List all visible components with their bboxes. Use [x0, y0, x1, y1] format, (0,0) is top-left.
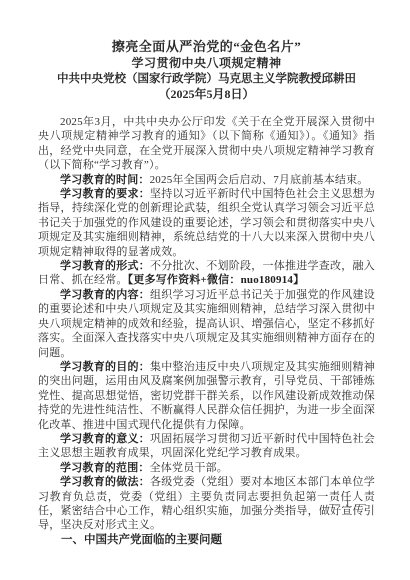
paragraph-lead: 学习教育的范围：	[60, 462, 150, 474]
paragraph-methods: 学习教育的做法：各级党委（党组）要对本地区本部门本单位学习教育负总责，党委（党组…	[38, 475, 375, 533]
document-title: 擦亮全面从严治党的“金色名片”	[38, 38, 375, 55]
paragraph-lead: 学习教育的内容：	[60, 289, 150, 301]
paragraph-time: 学习教育的时间：2025年全国两会后启动、7月底前基本结束。	[38, 173, 375, 187]
paragraph-content: 学习教育的内容：组织学习习近平总书记关于加强党的作风建设的重要论述和中央八项规定…	[38, 288, 375, 360]
paragraph-lead: 学习教育的形式：	[60, 260, 150, 272]
paragraph-lead: 学习教育的时间：	[60, 174, 150, 186]
paragraph-lead: 学习教育的要求：	[60, 188, 150, 200]
document-body: 2025年3月，中共中央办公厅印发《关于在全党开展深入贯彻中央八项规定精神学习教…	[38, 115, 375, 547]
paragraph-lead: 学习教育的做法：	[60, 476, 150, 488]
paragraph-lead: 学习教育的意义：	[60, 433, 150, 445]
paragraph-text: 2025年全国两会后启动、7月底前基本结束。	[150, 174, 369, 186]
paragraph-lead: 学习教育的目的：	[60, 361, 150, 373]
paragraph-requirements: 学习教育的要求：坚持以习近平新时代中国特色社会主义思想为指导，持续深化党的创新理…	[38, 187, 375, 259]
document-date: （2025年5月8日）	[38, 87, 375, 102]
paragraph-purpose: 学习教育的目的：集中整治违反中央八项规定及其实施细则精神的突出问题，运用由风及腐…	[38, 360, 375, 432]
paragraph-note: 【更多写作资料+微信：nuo180914】	[128, 274, 305, 286]
paragraph-scope: 学习教育的范围：全体党员干部。	[38, 461, 375, 475]
paragraph-form: 学习教育的形式：不分批次、不划阶段，一体推进学查改，融入日常、抓在经常。【更多写…	[38, 259, 375, 288]
document-page: 擦亮全面从严治党的“金色名片” 学习贯彻中央八项规定精神 中共中央党校（国家行政…	[0, 0, 410, 580]
paragraph-intro: 2025年3月，中共中央办公厅印发《关于在全党开展深入贯彻中央八项规定精神学习教…	[38, 115, 375, 173]
section-heading: 一、中国共产党面临的主要问题	[38, 533, 375, 547]
paragraph-text: 全体党员干部。	[150, 462, 228, 474]
document-author: 中共中央党校（国家行政学院）马克思主义学院教授邱耕田	[38, 71, 375, 87]
paragraph-text: 2025年3月，中共中央办公厅印发《关于在全党开展深入贯彻中央八项规定精神学习教…	[38, 116, 375, 171]
paragraph-significance: 学习教育的意义：巩固拓展学习贯彻习近平新时代中国特色社会主义思想主题教育成果，巩…	[38, 432, 375, 461]
page-number: — 1 —	[329, 498, 367, 510]
document-title-block: 擦亮全面从严治党的“金色名片” 学习贯彻中央八项规定精神 中共中央党校（国家行政…	[38, 38, 375, 102]
document-subtitle: 学习贯彻中央八项规定精神	[38, 55, 375, 71]
